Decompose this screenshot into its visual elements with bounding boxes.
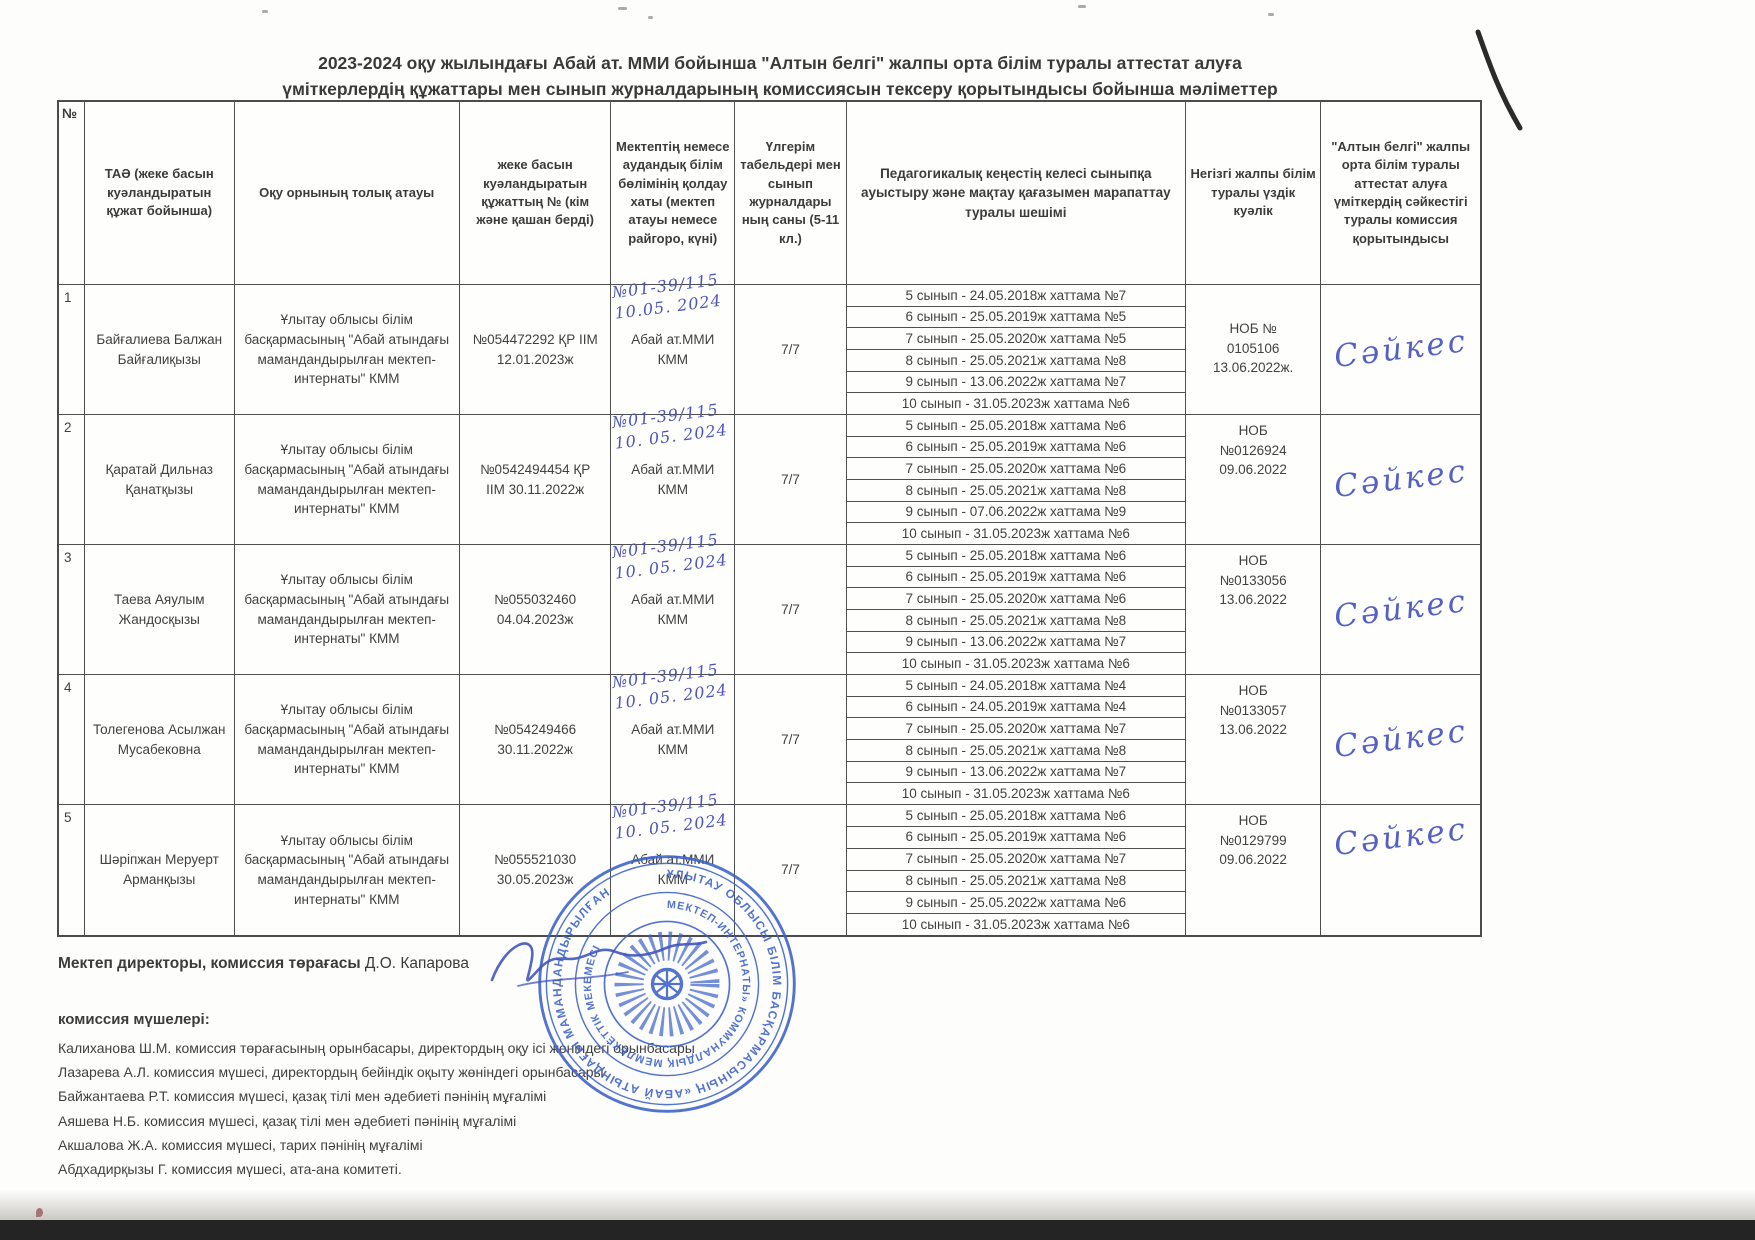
table-row: 3 Таева Аяулым Жандосқызы Ұлытау облысы … [59, 545, 1480, 675]
decision-line: 10 сынып - 31.05.2023ж хаттама №6 [847, 393, 1185, 414]
table-row: 2 Қаратай Дильназ Қанатқызы Ұлытау облыс… [59, 415, 1480, 545]
decision-line: 9 сынып - 25.05.2022ж хаттама №6 [847, 892, 1185, 914]
cell-conclusion: Сәйкес [1321, 285, 1480, 415]
cell-school: Ұлытау облысы білім басқармасының "Абай … [235, 675, 460, 805]
decision-line: 5 сынып - 25.05.2018ж хаттама №6 [847, 545, 1185, 567]
handwritten-conclusion: Сәйкес [1331, 709, 1470, 770]
cell-certificate: НОБ №0126924 09.06.2022 [1186, 415, 1322, 545]
decision-line: 10 сынып - 31.05.2023ж хаттама №6 [847, 523, 1185, 544]
table-row: 1 Байғалиева Балжан Байғалиқызы Ұлытау о… [59, 285, 1480, 415]
member-line: Акшалова Ж.А. комиссия мүшесі, тарих пән… [58, 1133, 1158, 1157]
director-name: Д.О. Капарова [365, 955, 469, 972]
header-tabel: Үлгерім табельдері мен сынып журналдары … [735, 102, 847, 285]
cell-num: 4 [59, 675, 85, 805]
letter-printed-text: Абай ат.ММИ КММ [631, 590, 714, 629]
decision-line: 8 сынып - 25.05.2021ж хаттама №8 [847, 871, 1185, 893]
scan-speck [618, 7, 627, 10]
director-label: Мектеп директоры, комиссия төрағасы [58, 955, 361, 972]
member-line: Абдхадирқызы Г. комиссия мүшесі, ата-ана… [58, 1157, 1158, 1181]
cell-school: Ұлытау облысы білім басқармасының "Абай … [235, 805, 460, 935]
cell-certificate: НОБ №0129799 09.06.2022 [1186, 805, 1322, 935]
cell-decisions: 5 сынып - 25.05.2018ж хаттама №6 6 сынып… [847, 545, 1186, 675]
decision-line: 7 сынып - 25.05.2020ж хаттама №6 [847, 588, 1185, 610]
decision-line: 6 сынып - 24.05.2019ж хаттама №4 [847, 697, 1185, 719]
decision-line: 5 сынып - 24.05.2018ж хаттама №4 [847, 675, 1185, 697]
header-certificate: Негізгі жалпы білім туралы үздік куәлік [1186, 102, 1322, 285]
cell-name: Таева Аяулым Жандосқызы [85, 545, 235, 675]
decision-line: 8 сынып - 25.05.2021ж хаттама №8 [847, 480, 1185, 502]
cell-tabel-count: 7/7 [735, 415, 847, 545]
cell-num: 3 [59, 545, 85, 675]
cell-letter: №01-39/115 10. 05. 2024 Абай ат.ММИ КММ [611, 545, 735, 675]
header-num: № [59, 102, 85, 285]
cell-id-doc: №054472292 ҚР ІІМ 12.01.2023ж [460, 285, 612, 415]
decision-line: 7 сынып - 25.05.2020ж хаттама №7 [847, 849, 1185, 871]
decision-line: 6 сынып - 25.05.2019ж хаттама №6 [847, 437, 1185, 459]
cell-num: 5 [59, 805, 85, 935]
scanned-document-page: 2023-2024 оқу жылындағы Абай ат. ММИ бой… [0, 0, 1755, 1240]
cell-conclusion: Сәйкес [1321, 415, 1480, 545]
decision-line: 5 сынып - 25.05.2018ж хаттама №6 [847, 415, 1185, 437]
header-id-doc: жеке басын куәландыратын құжаттың № (кім… [460, 102, 612, 285]
table-row: 4 Толегенова Асылжан Мусабековна Ұлытау … [59, 675, 1480, 805]
cell-conclusion: Сәйкес [1321, 675, 1480, 805]
cell-certificate: НОБ №0133056 13.06.2022 [1186, 545, 1322, 675]
decision-line: 10 сынып - 31.05.2023ж хаттама №6 [847, 914, 1185, 935]
decision-line: 10 сынып - 31.05.2023ж хаттама №6 [847, 783, 1185, 804]
cell-school: Ұлытау облысы білім басқармасының "Абай … [235, 545, 460, 675]
cell-school: Ұлытау облысы білім басқармасының "Абай … [235, 415, 460, 545]
header-conclusion: "Алтын белгі" жалпы орта білім туралы ат… [1321, 102, 1480, 285]
header-school: Оқу орнының толық атауы [235, 102, 460, 285]
decision-line: 8 сынып - 25.05.2021ж хаттама №8 [847, 610, 1185, 632]
cell-id-doc: №0542494454 ҚР ІІМ 30.11.2022ж [460, 415, 612, 545]
cell-conclusion: Сәйкес [1321, 805, 1480, 935]
cell-name: Толегенова Асылжан Мусабековна [85, 675, 235, 805]
attestation-table: № ТАӘ (жеке басын куәландыратын құжат бо… [57, 100, 1482, 937]
cell-letter: №01-39/115 10. 05. 2024 Абай ат.ММИ КММ [611, 675, 735, 805]
cell-name: Шәріпжан Меруерт Арманқызы [85, 805, 235, 935]
decision-line: 8 сынып - 25.05.2021ж хаттама №8 [847, 350, 1185, 372]
header-name: ТАӘ (жеке басын куәландыратын құжат бойы… [85, 102, 235, 285]
handwritten-conclusion: Сәйкес [1331, 449, 1470, 510]
scan-speck [648, 16, 653, 19]
table-header-row: № ТАӘ (жеке басын куәландыратын құжат бо… [59, 102, 1480, 285]
decision-line: 9 сынып - 13.06.2022ж хаттама №7 [847, 372, 1185, 394]
cell-tabel-count: 7/7 [735, 545, 847, 675]
cell-num: 2 [59, 415, 85, 545]
cell-num: 1 [59, 285, 85, 415]
decision-line: 7 сынып - 25.05.2020ж хаттама №7 [847, 718, 1185, 740]
letter-printed-text: Абай ат.ММИ КММ [631, 460, 714, 499]
header-decision: Педагогикалық кеңестің келесі сыныпқа ау… [847, 102, 1186, 285]
cell-decisions: 5 сынып - 25.05.2018ж хаттама №6 6 сынып… [847, 805, 1186, 935]
scanner-edge-shadow [0, 1190, 1755, 1220]
letter-printed-text: Абай ат.ММИ КММ [631, 330, 714, 369]
handwritten-conclusion: Сәйкес [1331, 579, 1470, 640]
cell-certificate: НОБ №0133057 13.06.2022 [1186, 675, 1322, 805]
cell-certificate: НОБ № 0105106 13.06.2022ж. [1186, 285, 1322, 415]
header-letter: Мектептің немесе аудандық білім бөліміні… [611, 102, 735, 285]
document-title: 2023-2024 оқу жылындағы Абай ат. ММИ бой… [150, 50, 1410, 103]
decision-line: 6 сынып - 25.05.2019ж хаттама №6 [847, 567, 1185, 589]
scan-speck [1268, 13, 1274, 16]
decision-line: 5 сынып - 25.05.2018ж хаттама №6 [847, 805, 1185, 827]
decision-line: 9 сынып - 13.06.2022ж хаттама №7 [847, 762, 1185, 784]
scan-speck [262, 10, 268, 13]
cell-id-doc: №055032460 04.04.2023ж [460, 545, 612, 675]
scanner-edge-band [0, 1220, 1755, 1240]
decision-line: 7 сынып - 25.05.2020ж хаттама №6 [847, 458, 1185, 480]
cell-conclusion: Сәйкес [1321, 545, 1480, 675]
cell-decisions: 5 сынып - 24.05.2018ж хаттама №7 6 сынып… [847, 285, 1186, 415]
decision-line: 6 сынып - 25.05.2019ж хаттама №5 [847, 307, 1185, 329]
decision-line: 5 сынып - 24.05.2018ж хаттама №7 [847, 285, 1185, 307]
director-signature [478, 928, 718, 1003]
cell-id-doc: №054249466 30.11.2022ж [460, 675, 612, 805]
scan-speck [1078, 5, 1086, 8]
cell-decisions: 5 сынып - 24.05.2018ж хаттама №4 6 сынып… [847, 675, 1186, 805]
cell-tabel-count: 7/7 [735, 285, 847, 415]
decision-line: 6 сынып - 25.05.2019ж хаттама №6 [847, 827, 1185, 849]
cell-decisions: 5 сынып - 25.05.2018ж хаттама №6 6 сынып… [847, 415, 1186, 545]
handwritten-conclusion: Сәйкес [1331, 319, 1470, 380]
cell-letter: №01-39/115 10. 05. 2024 Абай ат.ММИ КММ [611, 415, 735, 545]
cell-tabel-count: 7/7 [735, 675, 847, 805]
letter-printed-text: Абай ат.ММИ КММ [631, 720, 714, 759]
decision-line: 9 сынып - 13.06.2022ж хаттама №7 [847, 632, 1185, 654]
table-body: 1 Байғалиева Балжан Байғалиқызы Ұлытау о… [59, 285, 1480, 935]
cell-letter: №01-39/115 10.05. 2024 Абай ат.ММИ КММ [611, 285, 735, 415]
cell-name: Қаратай Дильназ Қанатқызы [85, 415, 235, 545]
decision-line: 7 сынып - 25.05.2020ж хаттама №5 [847, 328, 1185, 350]
cell-name: Байғалиева Балжан Байғалиқызы [85, 285, 235, 415]
decision-line: 9 сынып - 07.06.2022ж хаттама №9 [847, 502, 1185, 524]
handwritten-conclusion: Сәйкес [1331, 807, 1470, 868]
cell-school: Ұлытау облысы білім басқармасының "Абай … [235, 285, 460, 415]
decision-line: 8 сынып - 25.05.2021ж хаттама №8 [847, 740, 1185, 762]
decision-line: 10 сынып - 31.05.2023ж хаттама №6 [847, 653, 1185, 674]
